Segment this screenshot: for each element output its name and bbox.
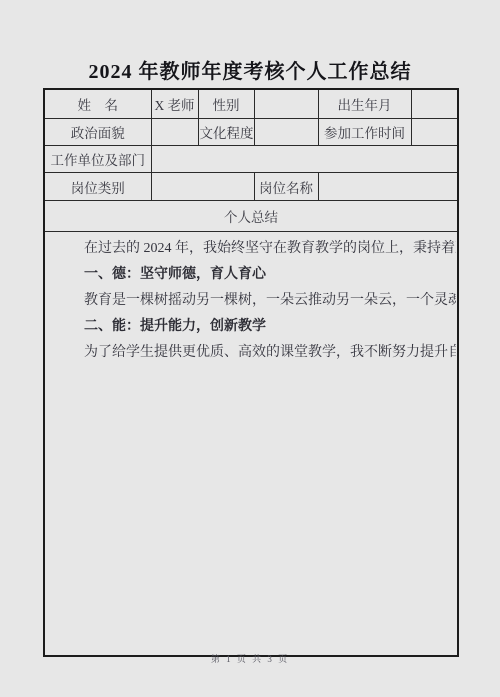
birth-date-label: 出生年月 (318, 89, 411, 119)
document-page: 2024 年教师年度考核个人工作总结 姓 名 X 老师 性别 出生年月 政治面貌… (0, 0, 500, 697)
summary-section-header: 个人总结 (44, 201, 458, 232)
post-category-label: 岗位类别 (44, 173, 151, 201)
table-row: 工作单位及部门 (44, 146, 458, 173)
personal-info-table: 姓 名 X 老师 性别 出生年月 政治面貌 文化程度 参加工作时间 工作单位及部… (43, 88, 459, 657)
section-heading: 一、德：坚守师德，育人育心 (49, 262, 453, 288)
work-unit-label: 工作单位及部门 (44, 146, 151, 173)
work-unit-value (151, 146, 458, 173)
work-start-value (411, 119, 458, 146)
summary-cell: 在过去的 2024 年，我始终坚守在教育教学的岗位上，秉持着对教育事业的热忱与初… (44, 232, 458, 657)
birth-date-value (411, 89, 458, 119)
education-level-value (254, 119, 318, 146)
page-number: 第 1 页 共 3 页 (0, 652, 500, 665)
summary-paragraph: 为了给学生提供更优质、高效的课堂教学，我不断努力提升自己的教育教学能力。积极参加… (49, 340, 453, 366)
post-name-value (318, 173, 458, 201)
summary-paragraph: 在过去的 2024 年，我始终坚守在教育教学的岗位上，秉持着对教育事业的热忱与初… (49, 236, 453, 262)
political-status-value (151, 119, 198, 146)
work-start-label: 参加工作时间 (318, 119, 411, 146)
gender-value (254, 89, 318, 119)
gender-label: 性别 (198, 89, 254, 119)
political-status-label: 政治面貌 (44, 119, 151, 146)
document-title: 2024 年教师年度考核个人工作总结 (0, 55, 500, 84)
summary-paragraph: 教育是一棵树摇动另一棵树，一朵云推动另一朵云，一个灵魂唤醒另一个灵魂。在日常教学… (49, 288, 453, 314)
table-row: 在过去的 2024 年，我始终坚守在教育教学的岗位上，秉持着对教育事业的热忱与初… (44, 232, 458, 657)
post-name-label: 岗位名称 (254, 173, 318, 201)
summary-body: 在过去的 2024 年，我始终坚守在教育教学的岗位上，秉持着对教育事业的热忱与初… (46, 232, 456, 655)
section-heading: 二、能：提升能力，创新教学 (49, 314, 453, 340)
name-value: X 老师 (151, 89, 198, 119)
education-level-label: 文化程度 (198, 119, 254, 146)
table-row: 个人总结 (44, 201, 458, 232)
name-label: 姓 名 (44, 89, 151, 119)
post-category-value (151, 173, 254, 201)
table-row: 姓 名 X 老师 性别 出生年月 (44, 89, 458, 119)
table-row: 岗位类别 岗位名称 (44, 173, 458, 201)
table-row: 政治面貌 文化程度 参加工作时间 (44, 119, 458, 146)
